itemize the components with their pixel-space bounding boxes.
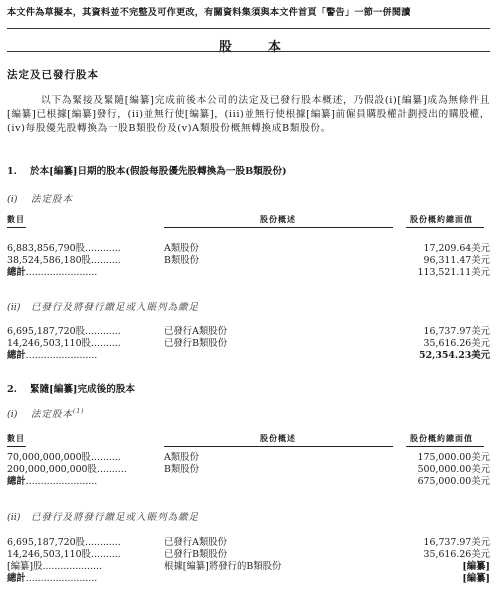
share-count: 14,246,503,110股.......... — [7, 549, 121, 561]
par-value: 35,616.26美元 — [424, 338, 490, 350]
subsection-title: 已發行及將發行繳足或入賬列為繳足 — [31, 302, 199, 313]
table-row: 70,000,000,000股.......... A類股份 175,000.0… — [7, 452, 490, 464]
column-header-number: 數目 — [7, 214, 25, 225]
section-title: 緊隨[編纂]完成後的股本 — [30, 384, 135, 395]
column-header-description: 股份概述 — [260, 214, 296, 225]
par-value: 96,311.47美元 — [424, 255, 490, 267]
column-header-description: 股份概述 — [260, 433, 296, 444]
table-row: 14,246,503,110股.......... 已發行B類股份 35,616… — [7, 549, 490, 561]
table-row: 6,883,856,790股............ A類股份 17,209.6… — [7, 243, 490, 255]
subsection-2-ii-heading: (ii)已發行及將發行繳足或入賬列為繳足 — [7, 509, 199, 523]
section-number: 2. — [7, 384, 30, 395]
title-char: 本 — [268, 40, 281, 55]
column-header-number: 數目 — [7, 433, 25, 444]
table-row-total: 總計........................ 675,000.00美元 — [7, 476, 490, 488]
table-row: 14,246,503,110股.......... 已發行B類股份 35,616… — [7, 338, 490, 350]
total-value: 52,354.23美元 — [419, 350, 490, 362]
column-header-par-value: 股份概約總面值 — [410, 214, 473, 225]
share-count: 14,246,503,110股.......... — [7, 338, 121, 350]
total-label: 總計........................ — [7, 267, 97, 279]
total-value: 113,521.11美元 — [418, 267, 490, 279]
table-row-total: 總計........................ [編纂] — [7, 573, 490, 585]
table-row-total: 總計........................ 113,521.11美元 — [7, 267, 490, 279]
title-char: 股 — [219, 40, 232, 55]
share-description: 已發行A類股份 — [164, 537, 227, 549]
section-2-heading: 2.緊隨[編纂]完成後的股本 — [7, 381, 135, 395]
share-count: [編纂]股.................... — [7, 561, 102, 573]
share-count: 6,695,187,720股............ — [7, 326, 121, 338]
share-description: A類股份 — [164, 243, 199, 255]
share-count: 6,695,187,720股............ — [7, 537, 121, 549]
column-underline — [164, 446, 393, 447]
subsection-1-i-heading: (i)法定股本 — [7, 191, 73, 205]
column-underline — [164, 227, 393, 228]
document-page: 本文件為草擬本，其資料並不完整及可作更改，有關資料集須與本文件首頁「警告」一節一… — [0, 0, 500, 596]
par-value: [編纂] — [462, 561, 490, 573]
column-header-par-value: 股份概約總面值 — [410, 433, 473, 444]
par-value: 17,209.64美元 — [424, 243, 490, 255]
title-rule — [7, 51, 490, 52]
footnote-marker: (1) — [73, 408, 85, 415]
intro-paragraph: 以下為緊接及緊隨[編纂]完成前後本公司的法定及已發行股本概述，乃假設(i)[編纂… — [7, 94, 490, 136]
par-value: 175,000.00美元 — [418, 452, 490, 464]
total-value: 675,000.00美元 — [418, 476, 490, 488]
share-description: B類股份 — [164, 255, 199, 267]
subsection-title: 法定股本 — [31, 409, 73, 420]
top-rule — [7, 28, 490, 29]
subsection-2-i-heading: (i)法定股本(1) — [7, 406, 85, 420]
column-underline — [406, 227, 484, 228]
share-description: 根據[編纂]將發行的B類股份 — [164, 561, 281, 573]
subsection-number: (i) — [7, 409, 31, 420]
column-underline — [7, 446, 26, 447]
par-value: 35,616.26美元 — [424, 549, 490, 561]
subsection-1-ii-heading: (ii)已發行及將發行繳足或入賬列為繳足 — [7, 299, 199, 313]
subsection-title: 已發行及將發行繳足或入賬列為繳足 — [31, 512, 199, 523]
page-title: 股本 — [0, 36, 500, 55]
section-heading: 法定及已發行股本 — [7, 67, 99, 82]
share-count: 200,000,000,000股.......... — [7, 464, 127, 476]
section-number: 1. — [7, 166, 30, 177]
column-underline — [7, 227, 26, 228]
share-description: 已發行A類股份 — [164, 326, 227, 338]
table-row: [編纂]股.................... 根據[編纂]將發行的B類股份… — [7, 561, 490, 573]
subsection-number: (ii) — [7, 512, 31, 523]
column-underline — [406, 446, 484, 447]
table-row: 200,000,000,000股.......... B類股份 500,000.… — [7, 464, 490, 476]
table-row: 38,524,586,180股.......... B類股份 96,311.47… — [7, 255, 490, 267]
share-count: 70,000,000,000股.......... — [7, 452, 121, 464]
total-label: 總計........................ — [7, 476, 97, 488]
share-description: A類股份 — [164, 452, 199, 464]
table-row: 6,695,187,720股............ 已發行A類股份 16,73… — [7, 537, 490, 549]
par-value: 16,737.97美元 — [424, 326, 490, 338]
subsection-number: (i) — [7, 194, 31, 205]
total-label: 總計........................ — [7, 573, 97, 585]
table-row: 6,695,187,720股............ 已發行A類股份 16,73… — [7, 326, 490, 338]
section-title: 於本[編纂]日期的股本(假設每股優先股轉換為一股B類股份) — [30, 166, 287, 177]
share-count: 38,524,586,180股.......... — [7, 255, 121, 267]
share-description: B類股份 — [164, 464, 199, 476]
total-label: 總計........................ — [7, 350, 97, 362]
share-description: 已發行B類股份 — [164, 549, 227, 561]
share-description: 已發行B類股份 — [164, 338, 227, 350]
par-value: 500,000.00美元 — [418, 464, 490, 476]
table-row-total: 總計........................ 52,354.23美元 — [7, 350, 490, 362]
subsection-number: (ii) — [7, 302, 31, 313]
share-count: 6,883,856,790股............ — [7, 243, 121, 255]
par-value: 16,737.97美元 — [424, 537, 490, 549]
section-1-heading: 1.於本[編纂]日期的股本(假設每股優先股轉換為一股B類股份) — [7, 163, 287, 177]
draft-notice: 本文件為草擬本，其資料並不完整及可作更改，有關資料集須與本文件首頁「警告」一節一… — [7, 4, 497, 18]
total-value: [編纂] — [462, 573, 490, 585]
subsection-title: 法定股本 — [31, 194, 73, 205]
